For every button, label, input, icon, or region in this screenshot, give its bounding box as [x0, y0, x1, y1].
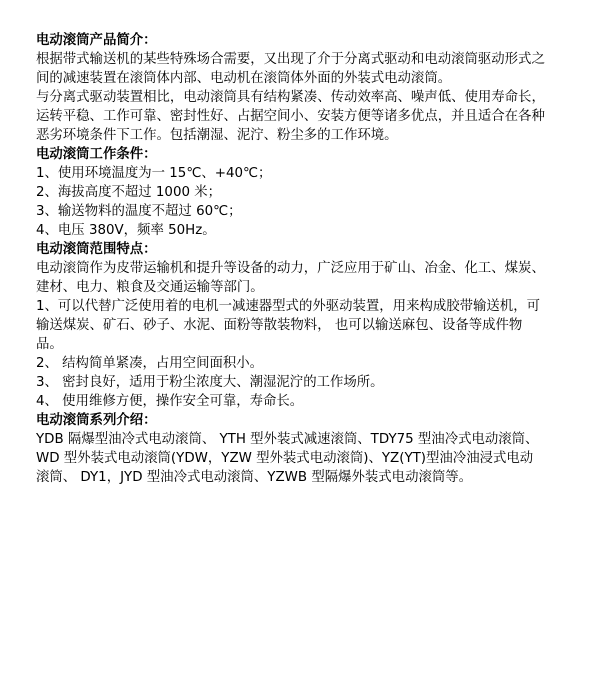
feature-item-1: 1、可以代替广泛使用着的电机一减速器型式的外驱动装置，用来构成胶带输送机，可输送… [36, 297, 546, 354]
series-paragraph: YDB 隔爆型油冷式电动滚筒、 YTH 型外装式减速滚筒、TDY75 型油冷式电… [36, 430, 546, 487]
feature-item-4: 4、 使用维修方便，操作安全可靠，寿命长。 [36, 392, 546, 411]
feature-item-2: 2、 结构简单紧凑，占用空间面积小。 [36, 354, 546, 373]
document-body: 电动滚筒产品简介： 根据带式输送机的某些特殊场合需要，又出现了介于分离式驱动和电… [36, 31, 546, 487]
section-heading-features: 电动滚筒范围特点： [36, 240, 546, 259]
condition-item-2: 2、海拔高度不超过 1000 米； [36, 183, 546, 202]
intro-paragraph-2: 与分离式驱动装置相比，电动滚筒具有结构紧凑、传动效率高、噪声低、使用寿命长，运转… [36, 88, 546, 145]
condition-item-3: 3、输送物料的温度不超过 60℃； [36, 202, 546, 221]
feature-item-3: 3、 密封良好，适用于粉尘浓度大、潮湿泥泞的工作场所。 [36, 373, 546, 392]
section-heading-intro: 电动滚筒产品简介： [36, 31, 546, 50]
condition-item-1: 1、使用环境温度为一 15℃、+40℃； [36, 164, 546, 183]
section-heading-conditions: 电动滚筒工作条件： [36, 145, 546, 164]
section-heading-series: 电动滚筒系列介绍： [36, 411, 546, 430]
condition-item-4: 4、电压 380V，频率 50Hz。 [36, 221, 546, 240]
intro-paragraph-1: 根据带式输送机的某些特殊场合需要，又出现了介于分离式驱动和电动滚筒驱动形式之间的… [36, 50, 546, 88]
features-paragraph: 电动滚筒作为皮带运输机和提升等设备的动力，广泛应用于矿山、冶金、化工、煤炭、建材… [36, 259, 546, 297]
